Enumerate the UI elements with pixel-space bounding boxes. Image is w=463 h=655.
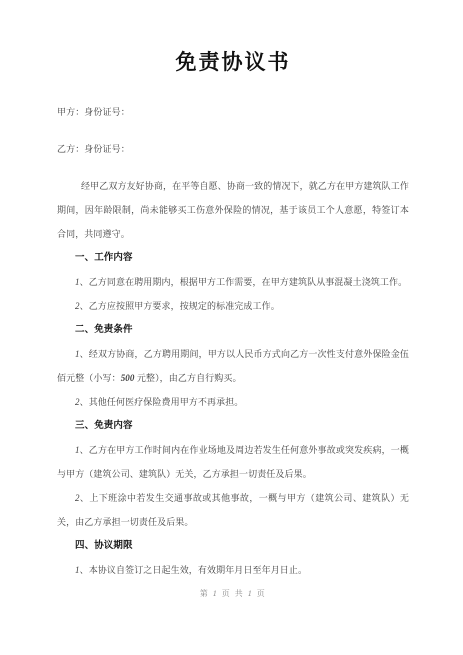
- clause-item: 2、其他任何医疗保险费用甲方不再承担。: [57, 390, 409, 414]
- section-heading-exemption-content: 三、免责内容: [57, 414, 409, 438]
- clause-text: 、上下班涂中若发生交通事故或其他事故，一概与甲方（建筑公司、建筑队）无关，由乙方…: [57, 493, 409, 527]
- clause-item: 1、乙方同意在聘用期内，根据甲方工作需要，在甲方建筑队从事混凝土浇筑工作。: [57, 270, 409, 294]
- clause-text: 、其他任何医疗保险费用甲方不再承担。: [80, 397, 244, 407]
- insurance-amount: 500: [121, 373, 135, 383]
- footer-page-number: 1: [213, 589, 219, 598]
- document-title: 免责协议书: [57, 48, 409, 78]
- section-heading-agreement-term: 四、协议期限: [57, 534, 409, 558]
- clause-text: 、本协议自签订之日起生效，有效期年月日至年月日止。: [80, 565, 308, 575]
- clause-text: 、乙方在甲方工作时间内在作业场地及周边若发生任何意外事故或突发疾病，一概与甲方（…: [57, 445, 409, 479]
- section-heading-exemption-conditions: 二、免责条件: [57, 318, 409, 342]
- footer-suffix: 页: [257, 589, 267, 598]
- clause-text: 元整），由乙方自行购买。: [135, 373, 242, 383]
- document-page: 免责协议书 甲方：身份证号： 乙方：身份证号： 经甲乙双方友好协商，在平等自愿、…: [0, 0, 463, 655]
- clause-text: 、乙方应按照甲方要求，按规定的标准完成工作。: [80, 301, 280, 311]
- footer-total-pages: 1: [248, 589, 254, 598]
- clause-item: 1、本协议自签订之日起生效，有效期年月日至年月日止。: [57, 558, 409, 582]
- footer-prefix: 第: [200, 589, 210, 598]
- party-b-line: 乙方：身份证号：: [57, 137, 409, 161]
- clause-item: 1、经双方协商，乙方聘用期间，甲方以人民币方式向乙方一次性支付意外保险金伍佰元整…: [57, 342, 409, 390]
- party-a-line: 甲方：身份证号：: [57, 100, 409, 124]
- clause-item: 2、乙方应按照甲方要求，按规定的标准完成工作。: [57, 294, 409, 318]
- page-footer: 第 1 页 共 1 页: [57, 582, 409, 606]
- section-heading-work-content: 一、工作内容: [57, 246, 409, 270]
- clause-item: 2、上下班涂中若发生交通事故或其他事故，一概与甲方（建筑公司、建筑队）无关，由乙…: [57, 486, 409, 534]
- clause-item: 1、乙方在甲方工作时间内在作业场地及周边若发生任何意外事故或突发疾病，一概与甲方…: [57, 438, 409, 486]
- footer-middle: 页 共: [222, 589, 245, 598]
- clause-text: 、乙方同意在聘用期内，根据甲方工作需要，在甲方建筑队从事混凝土浇筑工作。: [80, 277, 408, 287]
- intro-paragraph: 经甲乙双方友好协商，在平等自愿、协商一致的情况下，就乙方在甲方建筑队工作期间，因…: [57, 174, 409, 246]
